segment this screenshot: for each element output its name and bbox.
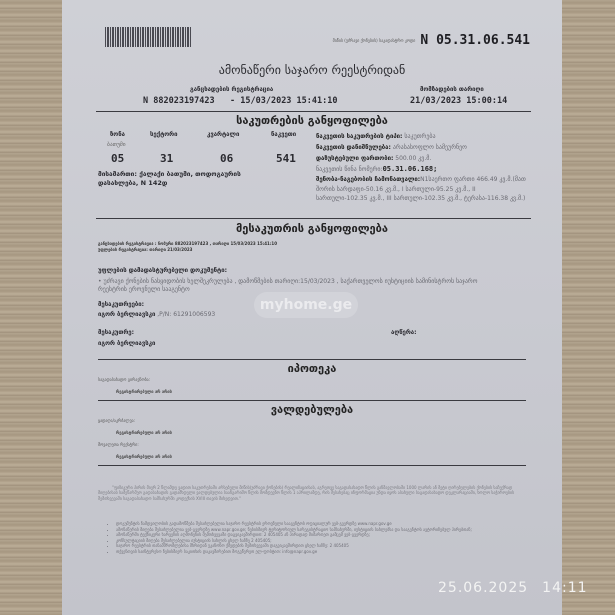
myhome-watermark: myhome.ge [254, 292, 358, 318]
purpose-label: ნაკვეთის დანიშნულება: [316, 144, 391, 151]
owner-label: მესაკუთრე: [98, 329, 134, 336]
owner-value: იგორ ბერლიავსკი [98, 340, 155, 347]
wood-background-left [0, 0, 62, 615]
divider [96, 218, 531, 219]
owners-name: იგორ ბერლიავსკი [98, 311, 155, 318]
barcode-icon [105, 27, 191, 47]
photo-timestamp: 25.06.202514:11 [438, 580, 588, 596]
application-number: N 882023197423 [143, 96, 215, 106]
cadastral-code-caption: მიწის (უძრავი ქონების) საკადასტრო კოდი [333, 38, 416, 43]
ownership-type-value: საკუთრება [404, 133, 435, 140]
debtors-registry-label: მოვალეთა რეესტრი: [98, 442, 139, 447]
owner-meta-line1: განცხადების რეგისტრაცია : ნომერი 8820231… [98, 241, 277, 247]
photo-time: 14:11 [542, 580, 587, 596]
owner-meta-line2: უფლების რეგისტრაცია: თარიღი 21/03/2023 [98, 247, 277, 253]
description-label: აღწერა: [391, 329, 417, 336]
owner-section-title: მესაკუთრის განყოფილება [62, 222, 562, 235]
divider [98, 465, 526, 466]
footer-note: თქვენთვის საინტერესო ნებისმიერ საკითხის … [116, 549, 526, 555]
mortgage-section-title: იპოთეკა [62, 362, 562, 375]
seizure-label: ყადაღა/აკრძალვა: [98, 418, 135, 423]
tax-lien-value: რეგისტრირებული არ არის [116, 389, 172, 394]
legal-footnote: "ფიზიკური პირის მიერ 2 წლამდე ვადით საკუ… [98, 485, 518, 501]
divider [98, 359, 526, 360]
property-section-title: საკუთრების განყოფილება [62, 114, 562, 127]
photo-date: 25.06.2025 [438, 580, 528, 596]
divider [98, 400, 526, 401]
owner-registration-meta: განცხადების რეგისტრაცია : ნომერი 8820231… [98, 241, 277, 252]
owners-label: მესაკუთრეები: [98, 301, 144, 308]
zone-value: 05 [111, 152, 124, 165]
seizure-value: რეგისტრირებული არ არის [116, 430, 172, 435]
previous-number-value: 05.31.06.168; [383, 165, 438, 173]
tax-lien-label: საგადასახადო გირავნობა: [98, 377, 150, 382]
previous-number-label: ნაკვეთის წინა ნომერი: [316, 166, 383, 173]
application-registration-label: განცხადების რეგისტრაცია [190, 86, 273, 93]
sector-label: სექტორი [150, 131, 178, 138]
area-value: 500.00 კვ.მ. [395, 155, 431, 162]
parcel-details: ნაკვეთის საკუთრების ტიპი: საკუთრება ნაკვ… [316, 131, 526, 204]
debtors-registry-value: რეგისტრირებული არ არის [116, 454, 172, 459]
zone-sublabel: ბათუმი [107, 142, 126, 148]
document-title: ამონაწერი საჯარო რეესტრიდან [62, 63, 562, 77]
cadastral-code-block: მიწის (უძრავი ქონების) საკადასტრო კოდი N… [330, 30, 530, 49]
prepared-date-value: 21/03/2023 15:00:14 [410, 96, 507, 106]
footer-notes: დოკუმენტის ნამდვილობის გადამოწმება შესაძ… [108, 521, 526, 554]
divider [96, 111, 531, 112]
wood-background-right [562, 0, 615, 615]
quarter-label: კვარტალი [207, 131, 239, 138]
ownership-type-label: ნაკვეთის საკუთრების ტიპი: [316, 133, 402, 140]
address: მისამართი: ქალაქი ბათუმი, თოდოგაურის დას… [98, 170, 278, 188]
owners-value: იგორ ბერლიავსკი ,P/N: 61291006593 [98, 311, 215, 318]
cadastral-code: N 05.31.06.541 [420, 33, 530, 48]
address-label: მისამართი: [98, 170, 137, 178]
area-label: დაზუსტებული ფართობი: [316, 155, 393, 162]
parcel-label: ნაკვეთი [271, 131, 296, 138]
sector-value: 31 [160, 152, 173, 165]
zone-label: ზონა [110, 131, 125, 138]
parcel-value: 541 [276, 152, 296, 165]
application-date: - 15/03/2023 15:41:10 [230, 96, 337, 106]
owners-personal-number: ,P/N: 61291006593 [155, 311, 215, 318]
buildings-label: შენობა-ნაგებობის ჩამონათვალი: [316, 176, 420, 183]
prepared-date-label: მომზადების თარიღი [420, 86, 484, 93]
rights-document-label: უფლების დამადასტურებელი დოკუმენტი: [98, 267, 227, 274]
purpose-value: არასასოფლო სამეურნეო [393, 144, 467, 151]
application-registration-value: N 882023197423 - 15/03/2023 15:41:10 [143, 96, 337, 106]
quarter-value: 06 [220, 152, 233, 165]
obligation-section-title: ვალდებულება [62, 403, 562, 416]
